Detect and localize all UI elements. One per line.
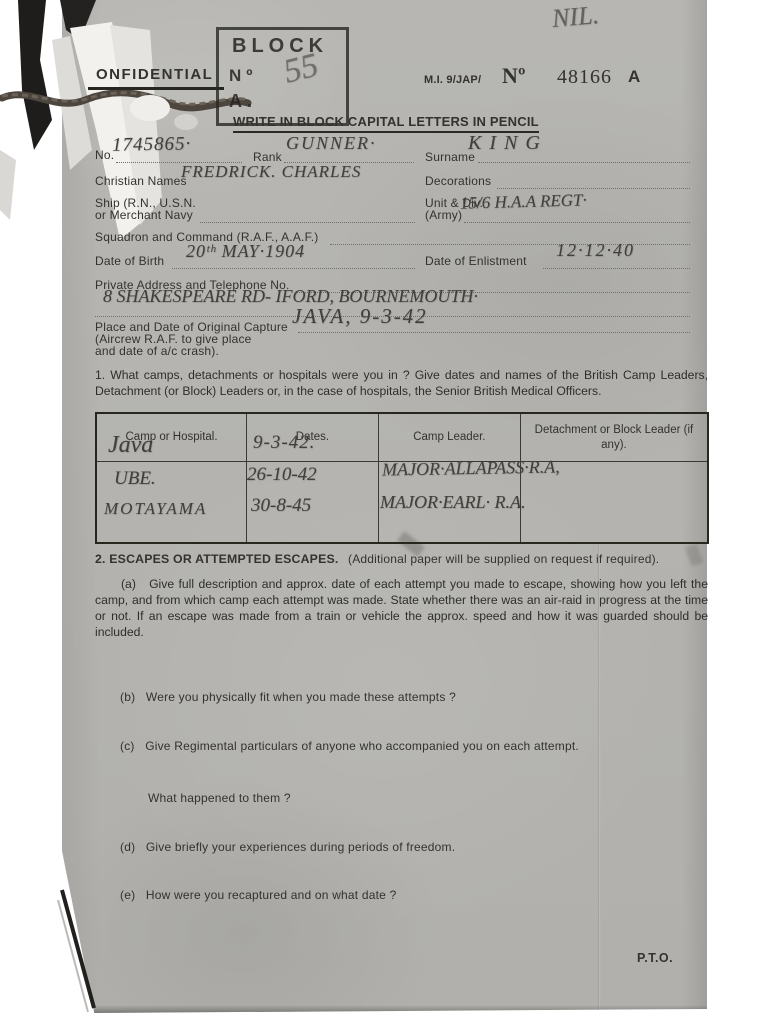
leader-entry-row2: MAJOR·ALLAPASS·R.A, <box>382 456 560 480</box>
section-2a-body: Give full description and approx. date o… <box>95 577 708 639</box>
mi9-reference-suffix: A <box>628 67 640 87</box>
scanned-form-page: ONFIDENTIAL BLOCK Nº A. 55 NIL. M.I. 9/J… <box>0 0 772 1024</box>
question-c-text: Give Regimental particulars of anyone wh… <box>145 739 579 753</box>
stamp-no-label: Nº <box>229 66 258 86</box>
section-2-heading-note: (Additional paper will be supplied on re… <box>348 552 659 566</box>
question-c: (c) Give Regimental particulars of anyon… <box>120 739 579 753</box>
dotted-line <box>478 161 690 163</box>
question-e-text: How were you recaptured and on what date… <box>146 888 397 902</box>
field-unit-label-line2: (Army) <box>425 208 462 222</box>
date-entry-row1: 9-3-42. <box>253 432 315 454</box>
section-2a-text: (a) Give full description and approx. da… <box>95 577 708 640</box>
question-d-text: Give briefly your experiences during per… <box>146 840 455 854</box>
question-c-followup: What happened to them ? <box>148 791 291 805</box>
date-of-birth-value: 20ᵗʰ MAY·1904 <box>186 241 305 262</box>
capture-value: JAVA, 9-3-42 <box>292 304 428 329</box>
section-2a-tag: (a) <box>121 577 136 591</box>
question-e-tag: (e) <box>120 888 135 902</box>
field-enlistment-label: Date of Enlistment <box>425 254 527 268</box>
field-dob-label: Date of Birth <box>95 254 164 268</box>
field-christian-names-label: Christian Names <box>95 174 187 188</box>
question-1-text: 1. What camps, detachments or hospitals … <box>95 368 708 400</box>
question-e: (e) How were you recaptured and on what … <box>120 888 396 902</box>
leader-entry-row3: MAJOR·EARL· R.A. <box>380 492 525 513</box>
date-entry-row2: 26-10-42 <box>247 464 317 486</box>
table-header-leader: Camp Leader. <box>379 414 521 462</box>
section-2-heading: 2. ESCAPES OR ATTEMPTED ESCAPES. <box>95 552 339 566</box>
christian-names-value: FREDRICK. CHARLES <box>181 162 361 182</box>
classification-underline <box>88 87 224 90</box>
mi9-no-symbol: Nº <box>502 63 526 89</box>
mi9-reference-prefix: M.I. 9/JAP/ <box>424 74 481 86</box>
dotted-line <box>464 221 690 223</box>
rank-value: GUNNER· <box>286 133 377 154</box>
handwritten-nil-note: NIL. <box>551 0 600 34</box>
dotted-line <box>330 243 690 245</box>
dotted-line <box>298 331 690 333</box>
mi9-reference-number: 48166 <box>557 66 612 89</box>
field-ship-label-line2: or Merchant Navy <box>95 208 193 222</box>
classification-label: ONFIDENTIAL <box>96 66 213 83</box>
camp-entry-row2: UBE. <box>114 468 156 490</box>
question-b-tag: (b) <box>120 690 135 704</box>
surname-value: KING <box>468 132 548 155</box>
question-d-tag: (d) <box>120 840 135 854</box>
question-d: (d) Give briefly your experiences during… <box>120 840 455 854</box>
dotted-line <box>543 267 690 269</box>
unit-value: 15/6 H.A.A REGT· <box>460 190 587 213</box>
field-decorations-label: Decorations <box>425 174 491 188</box>
camp-entry-row1: Java <box>108 432 153 459</box>
date-entry-row3: 30-8-45 <box>251 495 311 517</box>
camp-entry-row3: MOTAYAMA <box>104 499 207 519</box>
question-b-text: Were you physically fit when you made th… <box>146 690 456 704</box>
date-of-enlistment-value: 12·12·40 <box>556 240 635 261</box>
dotted-line <box>497 187 690 189</box>
dotted-line <box>172 267 415 269</box>
bottom-left-edge <box>50 880 110 1020</box>
field-capture-label-line3: and date of a/c crash). <box>95 344 219 358</box>
dotted-line <box>200 221 415 223</box>
block-number-stamp: BLOCK Nº A. <box>216 27 349 126</box>
question-b: (b) Were you physically fit when you mad… <box>120 690 456 704</box>
service-number-value: 1745865· <box>112 133 192 156</box>
pto-footer: P.T.O. <box>637 951 673 965</box>
question-c-tag: (c) <box>120 739 135 753</box>
pencil-instruction-heading: WRITE IN BLOCK CAPITAL LETTERS IN PENCIL <box>233 114 539 133</box>
table-header-detachment: Detachment or Block Leader (if any). <box>521 414 707 462</box>
stamp-a-label: A. <box>229 91 257 112</box>
